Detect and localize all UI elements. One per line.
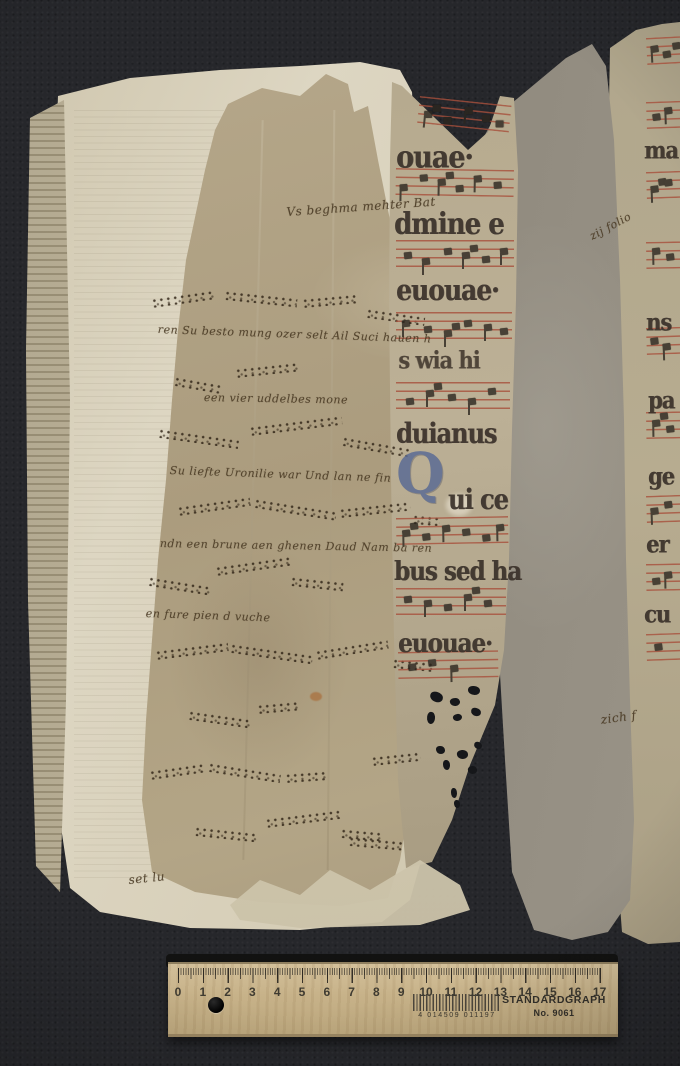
neume-stem [484,329,486,341]
neume-stem [426,395,428,407]
neume [482,534,491,542]
neume [444,117,452,124]
ruler-cm-number: 7 [348,985,355,999]
chant-text: pa [648,388,674,412]
neume [444,604,453,612]
ruler-cm-number: 17 [593,985,606,999]
neume [493,181,502,189]
neume [652,113,661,121]
ruler-model-label: No. 9061 [498,1008,610,1018]
neume [482,256,491,264]
ruler-cm-number: 16 [568,985,581,999]
ruler-cm-number: 14 [519,985,532,999]
neume [472,587,481,595]
ruler-cm-number: 5 [299,985,306,999]
ruler-cm-number: 2 [224,985,231,999]
neume-stem [450,670,452,682]
worm-hole [451,788,457,798]
music-stave [646,411,680,439]
neume-stem [664,112,666,124]
neume-stem [663,348,665,360]
neume [652,577,661,585]
music-stave [646,241,680,269]
ruler-cm-number: 8 [373,985,380,999]
music-stave [646,633,680,661]
ruler-cm-number: 10 [419,985,432,999]
neume [496,120,504,127]
ruler-cm-number: 13 [494,985,507,999]
ruler-cm-number: 3 [249,985,256,999]
neume [452,323,461,331]
neume [410,522,419,530]
neume [422,533,431,541]
music-stave [646,101,680,129]
neume-stem [496,529,498,541]
neume-stem [442,530,444,542]
barcode-digits: 4 014509 011197 [413,1012,501,1019]
neume [500,328,509,336]
ruler-cm-number: 1 [199,985,206,999]
neume [488,388,497,396]
worm-hole [436,746,445,754]
worm-hole [454,800,460,808]
neume-stem [651,191,653,203]
photograph-manuscript-scene: 4 014509 011197 STANDARDGRAPH No. 9061 0… [0,0,680,1066]
music-stave [396,382,510,409]
music-stave [646,171,680,199]
music-stave [646,495,680,523]
chant-text: er [646,532,668,556]
neume-stem [652,253,654,265]
neume [672,42,680,50]
neume-stem [474,180,476,192]
neume [484,600,493,608]
neume [462,528,471,536]
neume [654,643,663,651]
ruler-cm-number: 4 [274,985,281,999]
neume-stem [500,253,502,265]
neume-stem [664,577,666,589]
neume [434,383,443,391]
neume [482,115,490,122]
neume [470,245,479,253]
ruler-cm-number: 0 [175,985,182,999]
ruler-cm-number: 9 [398,985,405,999]
chant-text: cu [644,602,670,626]
neume-stem [462,257,464,269]
music-stave [646,563,680,591]
ruler-cm-ticks [178,968,604,983]
music-stave [396,588,506,615]
chant-text: euouae· [398,630,492,656]
neume-stem [463,112,466,124]
worm-hole [443,760,450,770]
neume [404,596,413,604]
worm-hole [467,765,477,775]
neume-stem [464,599,466,611]
chant-text: euouae· [396,276,499,305]
ruler-cm-number: 15 [543,985,556,999]
chant-text: dmine e [394,210,504,240]
handwriting-line: set lu [128,870,166,886]
measuring-ruler: 4 014509 011197 STANDARDGRAPH No. 9061 0… [168,962,618,1037]
neume [404,252,413,260]
handwriting-line: een vier uddelbes mone [204,392,348,406]
neume [650,337,659,345]
neume [464,320,473,328]
neume [455,185,464,193]
music-stave [396,240,514,267]
neume [662,50,671,58]
chant-text: bus sed ha [394,558,521,584]
neume-stem [652,425,654,437]
neume-stem [651,513,653,525]
neume-stem [438,184,440,196]
neume-stem [468,403,470,415]
worm-hole [468,686,480,695]
chant-text: ns [646,310,671,334]
ruler-cm-number: 6 [323,985,330,999]
chant-text: ge [648,464,674,488]
ruler-cm-number: 12 [469,985,482,999]
music-stave [646,36,680,65]
neume [666,253,675,261]
parchment-stain [310,692,322,701]
neume [408,663,417,671]
neume [666,425,675,433]
neume [433,105,441,112]
chant-text: ma [644,138,678,162]
illuminated-initial: Q [396,446,445,502]
chant-text: s wia hi [398,348,479,372]
neume [406,398,415,406]
neume [448,394,457,402]
chant-text: ouae· [396,142,473,173]
neume [428,659,437,667]
neume [664,179,673,187]
neume [444,248,453,256]
ruler-cm-number: 11 [444,985,457,999]
neume-stem [424,605,426,617]
chant-text: ui ce [448,486,508,514]
ruler-hanging-hole [208,997,224,1013]
neume [664,501,673,509]
